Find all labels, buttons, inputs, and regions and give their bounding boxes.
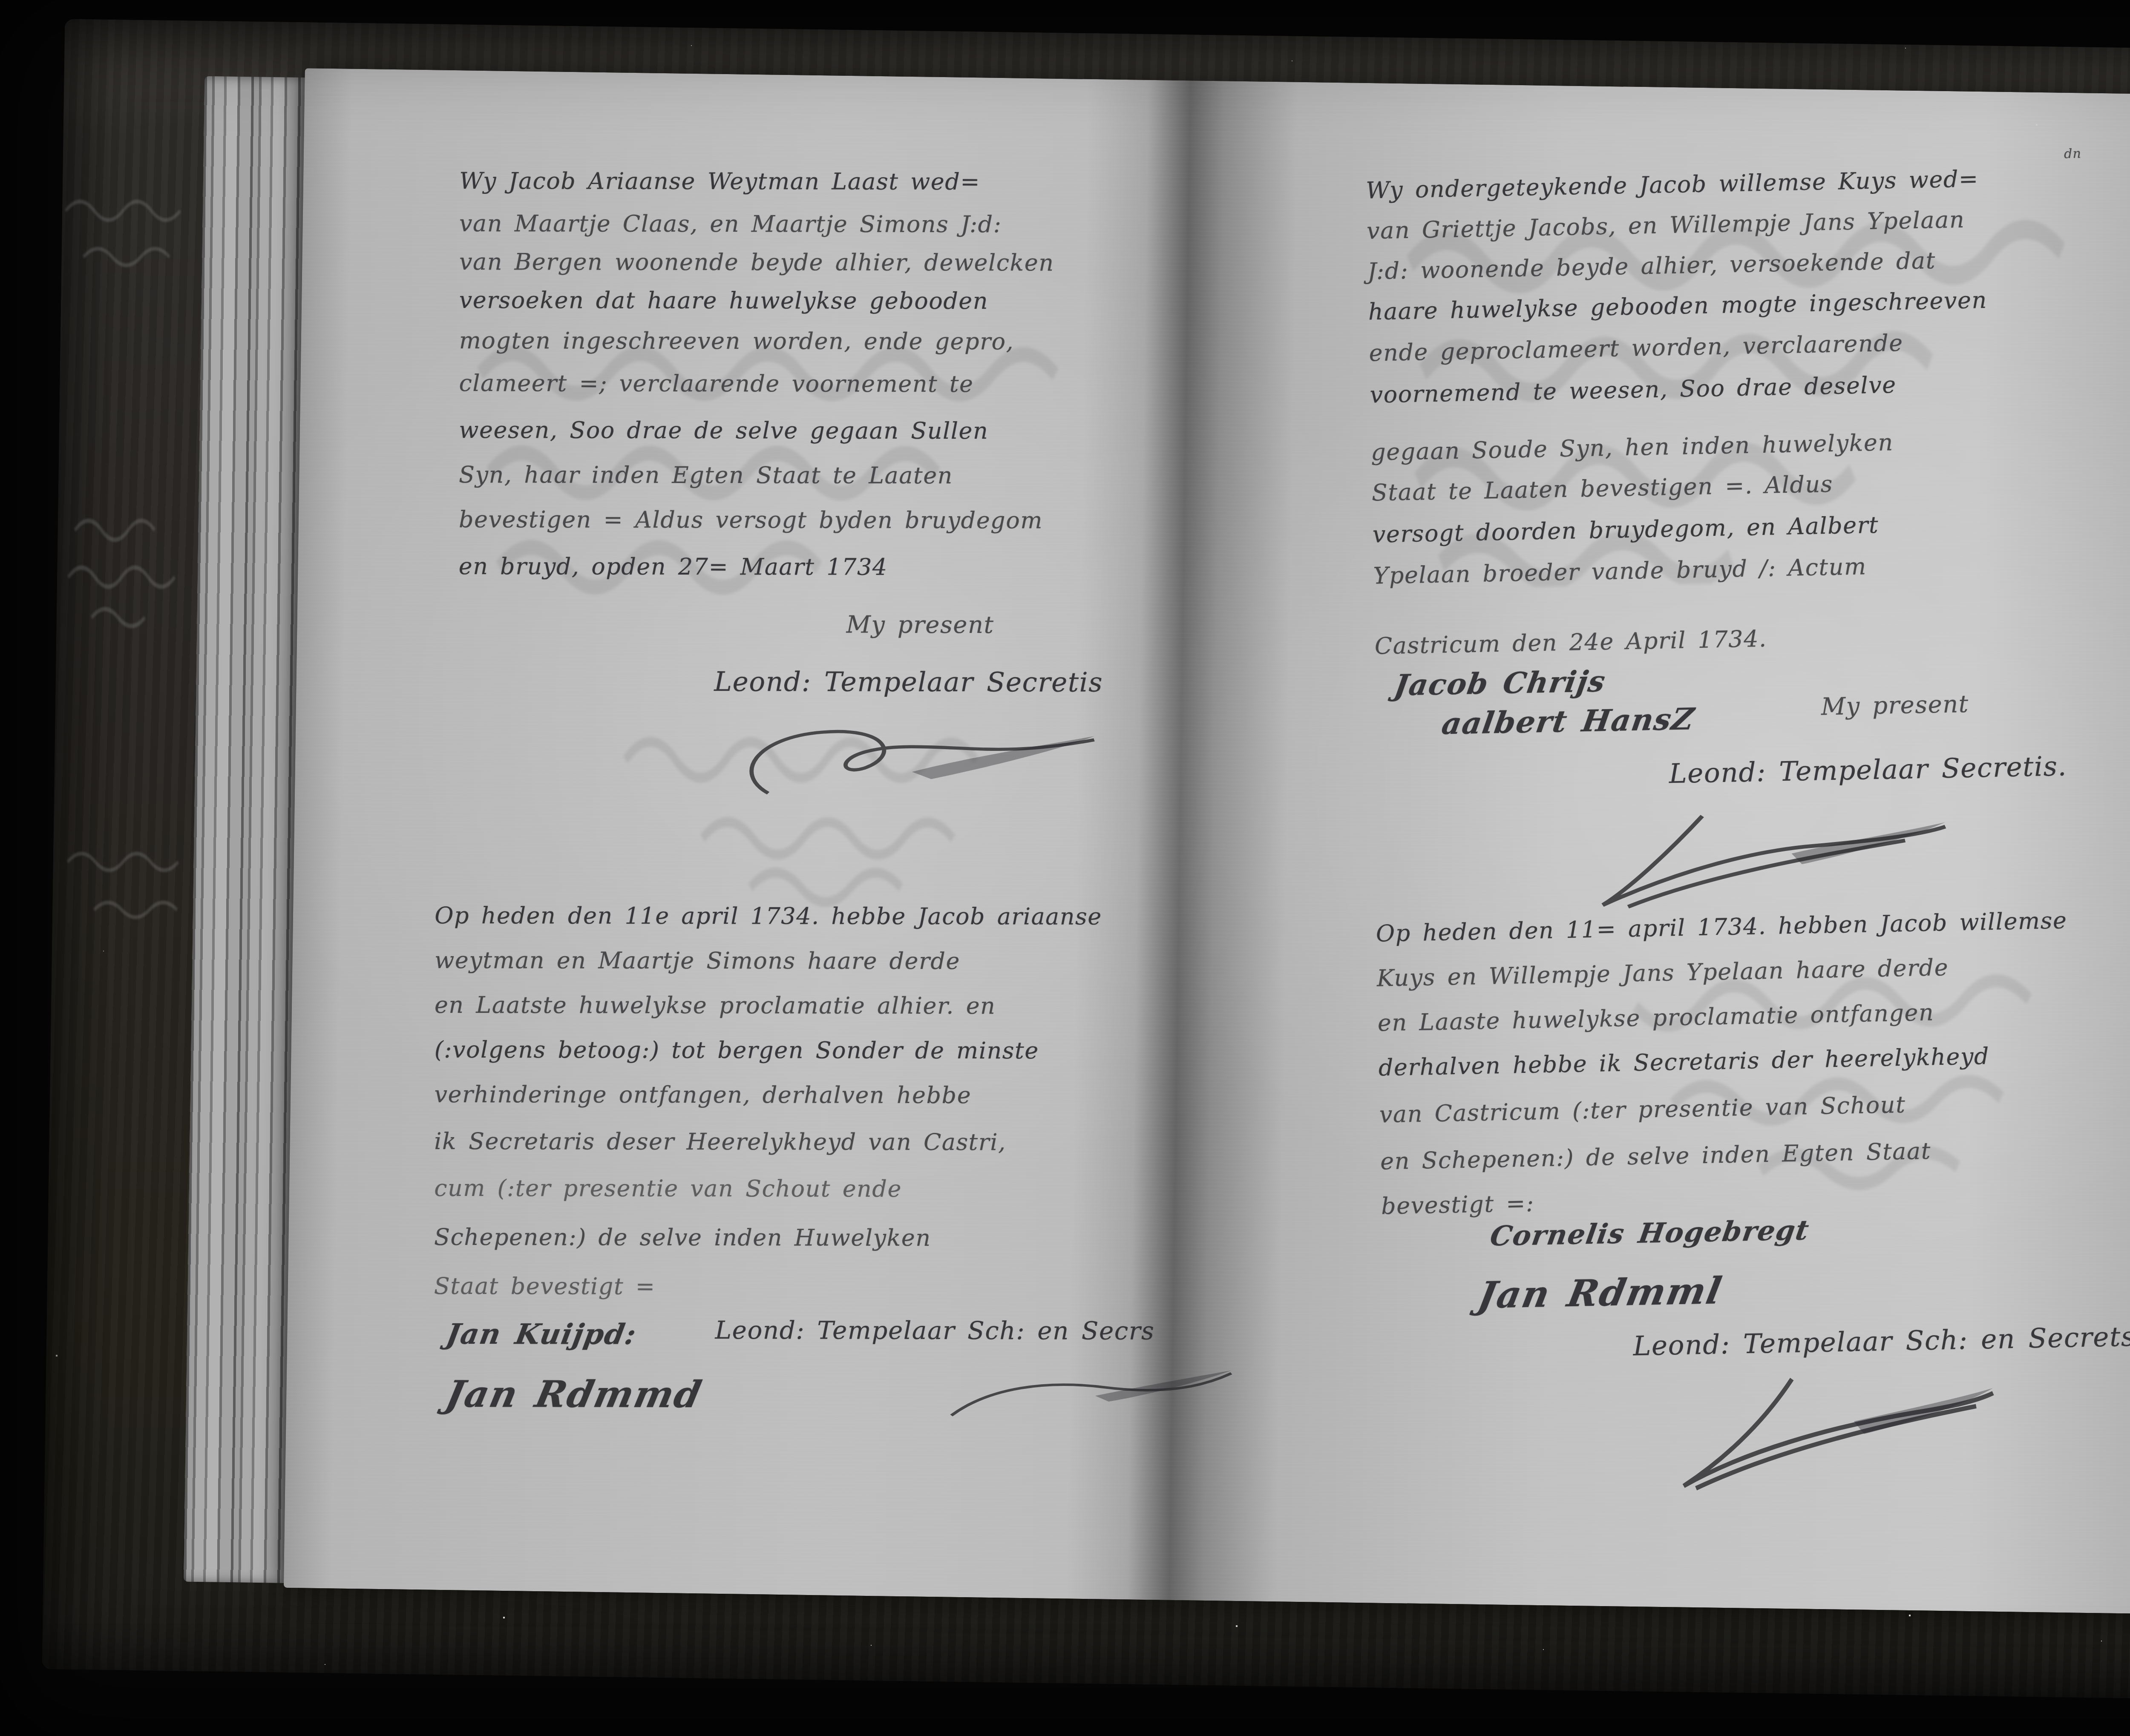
dust-specks (0, 0, 1, 1)
manuscript-line: Castricum den 24e April 1734. (1374, 625, 1767, 660)
witness-signature: Cornelis Hogebregt (1488, 1214, 1812, 1253)
signature-flourish (1551, 807, 1957, 912)
book-cover: Wy Jacob Ariaanse Weytman Laast wed= van… (42, 19, 2130, 1699)
scanned-register-photo: Wy Jacob Ariaanse Weytman Laast wed= van… (0, 0, 2130, 1736)
margin-ghost-text (64, 503, 285, 630)
groom-signature: Jacob Chrijs (1392, 664, 1608, 703)
margin-ghost-text (60, 183, 298, 294)
superscript-abbreviation: dn (2064, 146, 2082, 161)
bleedthrough-ghost-text (1398, 193, 2130, 589)
secretary-signature: Leond: Tempelaar Secretis. (1669, 750, 2067, 789)
secretary-signature: Leond: Tempelaar Sch: en Secrets (1633, 1321, 2130, 1362)
signature-flourish (1608, 1373, 2002, 1495)
attestation-text: My present (1821, 690, 1969, 721)
witness-signature: Jan Rdmml (1474, 1269, 1726, 1317)
witness-signature: aalbert HansZ (1439, 701, 1697, 742)
right-page: Wy ondergeteykende Jacob willemse Kuys w… (280, 63, 2130, 1619)
margin-ghost-text (60, 831, 290, 941)
open-pages: Wy Jacob Ariaanse Weytman Laast wed= van… (284, 68, 2130, 1614)
bleedthrough-ghost-text (1447, 939, 2048, 1206)
